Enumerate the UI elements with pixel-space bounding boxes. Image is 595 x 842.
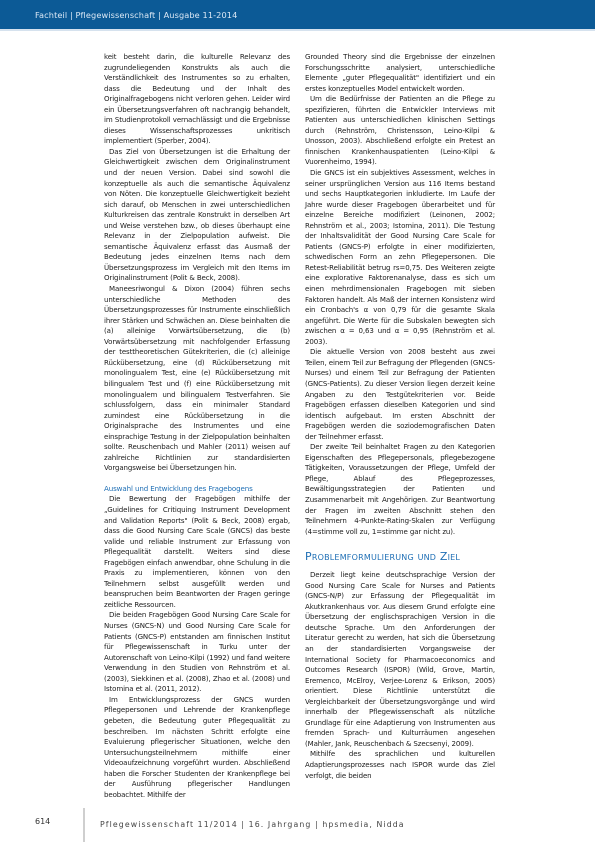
paragraph: Maneesriwongul & Dixon (2004) führen sec… xyxy=(104,284,290,474)
paragraph: Der zweite Teil beinhaltet Fragen zu den… xyxy=(305,442,495,537)
paragraph: Die GNCS ist ein subjektives Assessment,… xyxy=(305,168,495,347)
subheading: Auswahl und Entwicklung des Fragebogens xyxy=(104,484,290,495)
left-column: keit besteht darin, die kulturelle Relev… xyxy=(104,52,290,800)
paragraph: Um die Bedürfnisse der Patienten an die … xyxy=(305,94,495,168)
paragraph: Das Ziel von Übersetzungen ist die Erhal… xyxy=(104,147,290,284)
running-header: Fachteil | Pflegewissenschaft | Ausgabe … xyxy=(35,10,237,20)
paragraph: Mithilfe des sprachlichen und kulturelle… xyxy=(305,749,495,781)
page-number: 614 xyxy=(35,817,50,826)
right-column: Grounded Theory sind die Ergebnisse der … xyxy=(305,52,495,781)
paragraph: Die beiden Fragebögen Good Nursing Care … xyxy=(104,610,290,694)
paragraph: Grounded Theory sind die Ergebnisse der … xyxy=(305,52,495,94)
footer-divider xyxy=(83,808,85,842)
header-bar: Fachteil | Pflegewissenschaft | Ausgabe … xyxy=(0,0,595,31)
footer-citation: Pflegewissenschaft 11/2014 | 16. Jahrgan… xyxy=(100,820,405,829)
paragraph: Die aktuelle Version von 2008 besteht au… xyxy=(305,347,495,442)
paragraph: Die Bewertung der Fragebögen mithilfe de… xyxy=(104,494,290,610)
paragraph: Derzeit liegt keine deutschsprachige Ver… xyxy=(305,570,495,749)
section-heading: Problemformulierung und Ziel xyxy=(305,550,495,564)
paragraph: Im Entwicklungsprozess der GNCS wurden P… xyxy=(104,695,290,800)
paragraph: keit besteht darin, die kulturelle Relev… xyxy=(104,52,290,147)
